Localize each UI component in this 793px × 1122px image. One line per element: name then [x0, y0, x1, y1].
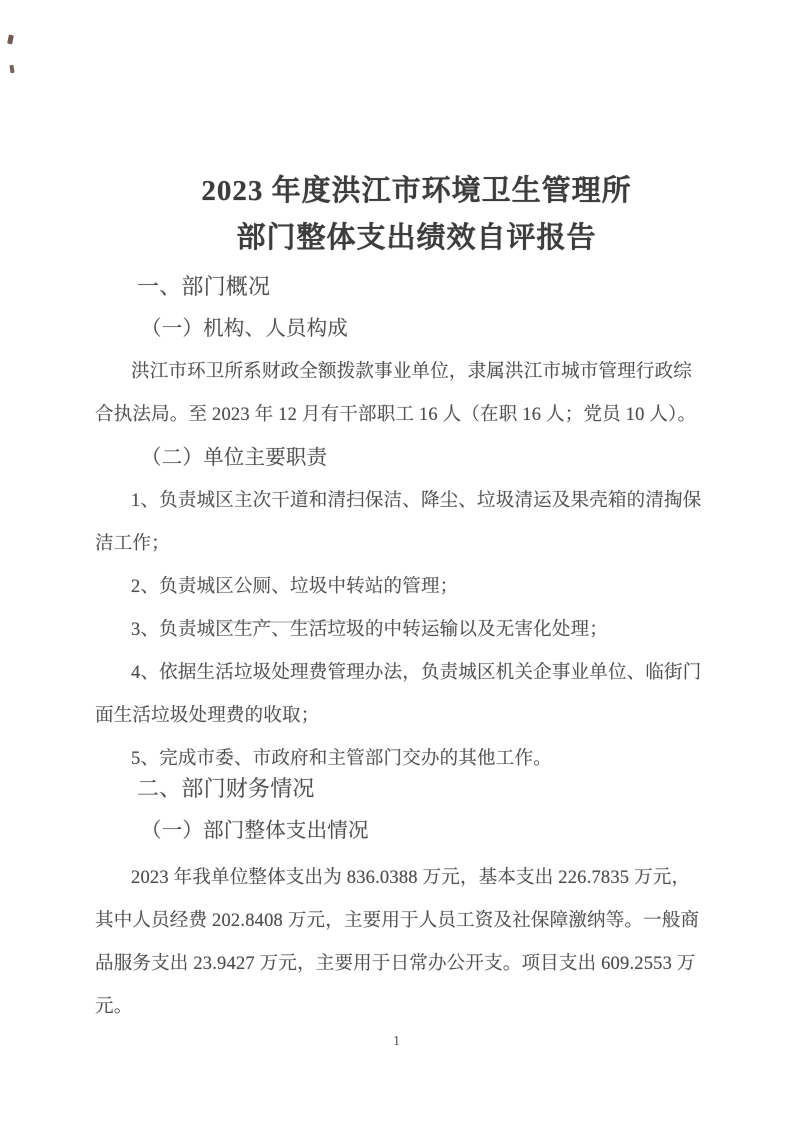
list-item-1-line: 洁工作；: [95, 523, 698, 566]
heading-subsection-1-1: （一）机构、人员构成: [95, 308, 698, 351]
paragraph-line: 品服务支出 23.9427 万元，主要用于日常办公开支。项目支出 609.255…: [95, 943, 698, 986]
list-item-2-line: 2、负责城区公厕、垃圾中转站的管理；: [95, 566, 698, 609]
title-line-2: 部门整体支出绩效自评报告: [115, 215, 718, 262]
document-title: 2023 年度洪江市环境卫生管理所 部门整体支出绩效自评报告: [115, 168, 718, 262]
paragraph-line: 元。: [95, 986, 698, 1029]
heading-subsection-1-2: （二）单位主要职责: [95, 437, 698, 480]
page-number: 1: [0, 1033, 793, 1049]
paragraph-line: 其中人员经费 202.8408 万元，主要用于人员工资及社保障激纳等。一般商: [95, 900, 698, 943]
scan-speck: [7, 35, 14, 45]
list-item-4-line: 面生活垃圾处理费的收取；: [95, 695, 698, 738]
paragraph-line: 2023 年我单位整体支出为 836.0388 万元，基本支出 226.7835…: [95, 857, 698, 900]
scan-speck: [9, 65, 14, 73]
heading-section-1: 一、部门概况: [95, 265, 698, 308]
document-body: 一、部门概况 （一）机构、人员构成 洪江市环卫所系财政全额拨款事业单位，隶属洪江…: [95, 265, 698, 1029]
paragraph-line: 洪江市环卫所系财政全额拨款事业单位，隶属洪江市城市管理行政综: [95, 351, 698, 394]
list-item-3-line: 3、负责城区生产、生活垃圾的中转运输以及无害化处理；: [95, 609, 698, 652]
heading-subsection-2-1: （一）部门整体支出情况: [95, 810, 698, 853]
document-page: 2023 年度洪江市环境卫生管理所 部门整体支出绩效自评报告 一、部门概况 （一…: [0, 0, 793, 1122]
list-item-4-line: 4、依据生活垃圾处理费管理办法，负责城区机关企事业单位、临街门: [95, 652, 698, 695]
title-line-1: 2023 年度洪江市环境卫生管理所: [115, 168, 718, 215]
list-item-1-line: 1、负责城区主次干道和清扫保洁、降尘、垃圾清运及果壳箱的清掏保: [95, 480, 698, 523]
paragraph-line: 合执法局。至 2023 年 12 月有干部职工 16 人（在职 16 人；党员 …: [95, 394, 698, 437]
